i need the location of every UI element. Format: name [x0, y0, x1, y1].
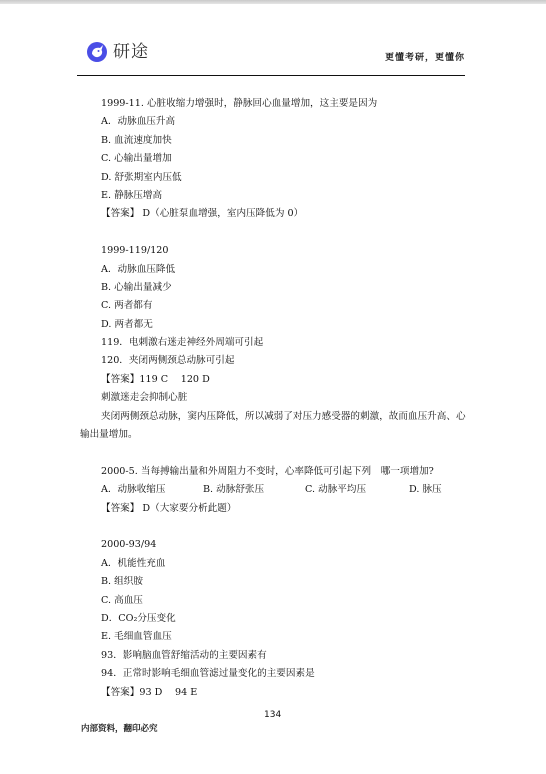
option: C. 心输出量增加 — [80, 150, 466, 168]
footer-notice: 内部资料，翻印必究 — [81, 722, 158, 734]
explanation: 夹闭两侧颈总动脉，窦内压降低，所以减弱了对压力感受器的刺激，故而血压升高、心 — [80, 408, 466, 426]
sub-question: 120．夹闭两侧颈总动脉可引起 — [80, 352, 466, 370]
option: A．机能性充血 — [80, 555, 466, 573]
header-slogan: 更懂考研，更懂你 — [385, 52, 465, 64]
options-row: A．动脉收缩压 B. 动脉舒张压 C. 动脉平均压 D. 脉压 — [80, 481, 466, 499]
option: C. 高血压 — [80, 592, 466, 610]
option: C. 动脉平均压 — [305, 481, 409, 499]
question-stem: 1999-119/120 — [80, 242, 466, 260]
option: C. 两者都有 — [80, 297, 466, 315]
option: A．动脉血压降低 — [80, 261, 466, 279]
sub-question: 119．电刺激右迷走神经外周端可引起 — [80, 334, 466, 352]
header-divider — [77, 75, 465, 76]
page-header: 研途 更懂考研，更懂你 — [77, 38, 465, 78]
question-stem: 1999-11. 心脏收缩力增强时，静脉回心血量增加，这主要是因为 — [80, 95, 466, 113]
explanation: 刺激迷走会抑制心脏 — [80, 389, 466, 407]
answer: 【答案】 D（大家要分析此题） — [80, 500, 466, 518]
sub-question: 93．影响脑血管舒缩活动的主要因素有 — [80, 647, 466, 665]
option: B. 组织胺 — [80, 573, 466, 591]
answer: 【答案】93 D 94 E — [80, 684, 466, 702]
answer: 【答案】 D（心脏泵血增强，室内压降低为 0） — [80, 205, 466, 223]
option: A．动脉收缩压 — [101, 481, 203, 499]
option: D. 舒张期室内压低 — [80, 169, 466, 187]
option: A．动脉血压升高 — [80, 113, 466, 131]
unicorn-logo-icon — [86, 41, 108, 63]
option: B. 动脉舒张压 — [203, 481, 305, 499]
sub-question: 94．正常时影响毛细血管滤过量变化的主要因素是 — [80, 665, 466, 683]
brand-name: 研途 — [113, 41, 149, 63]
option: D. 脉压 — [409, 481, 442, 499]
option: D. 两者都无 — [80, 316, 466, 334]
question-stem: 2000-5. 当每搏输出量和外周阻力不变时，心率降低可引起下列 哪一项增加? — [80, 463, 466, 481]
explanation-continued: 输出量增加。 — [80, 426, 466, 444]
question-stem: 2000-93/94 — [80, 536, 466, 554]
viewer-top-shadow — [0, 0, 546, 4]
page-number: 134 — [264, 710, 281, 720]
option: E. 毛细血管血压 — [80, 628, 466, 646]
answer: 【答案】119 C 120 D — [80, 371, 466, 389]
option: D．CO₂分压变化 — [80, 610, 466, 628]
option: E. 静脉压增高 — [80, 187, 466, 205]
document-body: 1999-11. 心脏收缩力增强时，静脉回心血量增加，这主要是因为 A．动脉血压… — [80, 95, 466, 702]
option: B. 心输出量减少 — [80, 279, 466, 297]
option: B. 血流速度加快 — [80, 132, 466, 150]
